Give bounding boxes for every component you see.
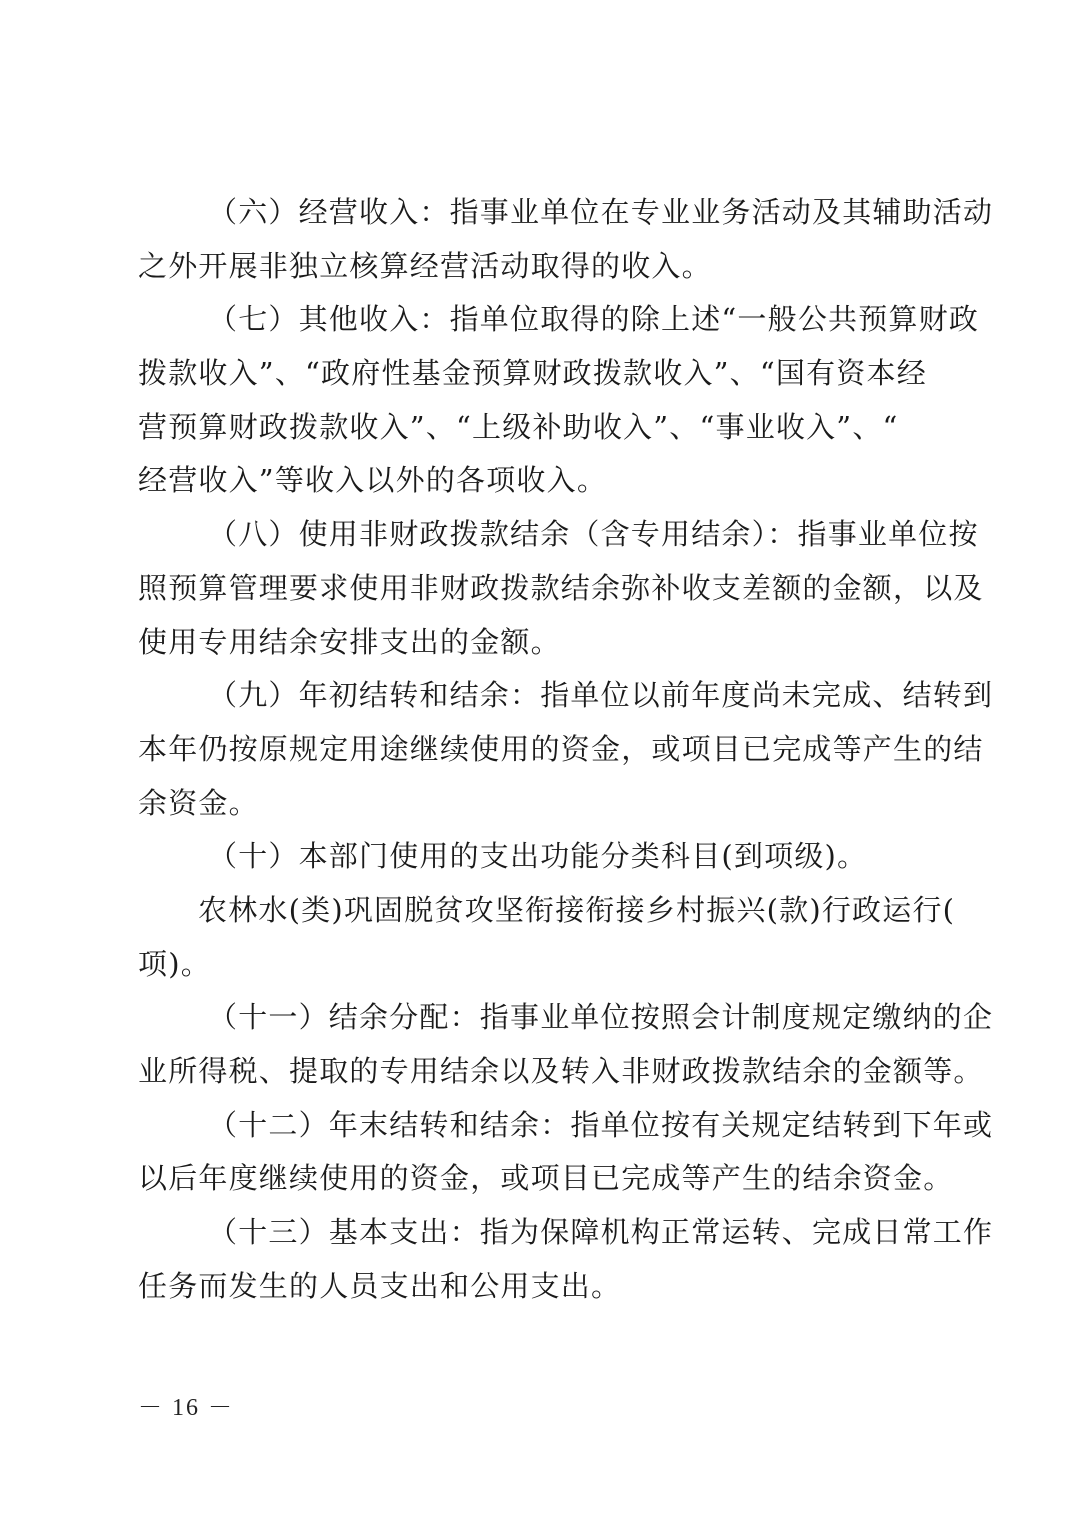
paragraph-year-end-carryover: （十二）年末结转和结余：指单位按有关规定结转到下年或 以后年度继续使用的资金，或…	[138, 1099, 938, 1206]
text-line: 农林水(类)巩固脱贫攻坚衔接衔接乡村振兴(款)行政运行(	[138, 884, 938, 938]
paragraph-other-income: （七）其他收入：指单位取得的除上述“一般公共预算财政 拨款收入”、“政府性基金预…	[138, 293, 938, 508]
text-line: （十一）结余分配：指事业单位按照会计制度规定缴纳的企	[138, 991, 938, 1045]
text-line: 项)。	[138, 938, 938, 992]
text-line: （九）年初结转和结余：指单位以前年度尚未完成、结转到	[138, 669, 938, 723]
paragraph-opening-carryover: （九）年初结转和结余：指单位以前年度尚未完成、结转到 本年仍按原规定用途继续使用…	[138, 669, 938, 830]
text-line: 余资金。	[138, 777, 938, 831]
page-number: － 16 －	[138, 1387, 234, 1422]
text-line: 使用专用结余安排支出的金额。	[138, 616, 938, 670]
paragraph-surplus-distribution: （十一）结余分配：指事业单位按照会计制度规定缴纳的企 业所得税、提取的专用结余以…	[138, 991, 938, 1098]
document-page: （六）经营收入：指事业单位在专业业务活动及其辅助活动 之外开展非独立核算经营活动…	[0, 0, 1074, 1520]
paragraph-expenditure-classification: （十）本部门使用的支出功能分类科目(到项级)。	[138, 830, 938, 884]
text-line: （十二）年末结转和结余：指单位按有关规定结转到下年或	[138, 1099, 938, 1153]
text-line: 任务而发生的人员支出和公用支出。	[138, 1260, 938, 1314]
paragraph-basic-expenditure: （十三）基本支出：指为保障机构正常运转、完成日常工作 任务而发生的人员支出和公用…	[138, 1206, 938, 1313]
paragraph-non-fiscal-surplus: （八）使用非财政拨款结余（含专用结余）：指事业单位按 照预算管理要求使用非财政拨…	[138, 508, 938, 669]
text-line: （十）本部门使用的支出功能分类科目(到项级)。	[138, 830, 938, 884]
text-line: 本年仍按原规定用途继续使用的资金，或项目已完成等产生的结	[138, 723, 938, 777]
text-line: 之外开展非独立核算经营活动取得的收入。	[138, 240, 938, 294]
text-line: 以后年度继续使用的资金，或项目已完成等产生的结余资金。	[138, 1152, 938, 1206]
text-line: 业所得税、提取的专用结余以及转入非财政拨款结余的金额等。	[138, 1045, 938, 1099]
document-body: （六）经营收入：指事业单位在专业业务活动及其辅助活动 之外开展非独立核算经营活动…	[138, 186, 938, 1313]
text-line: 经营收入”等收入以外的各项收入。	[138, 454, 938, 508]
text-line: （十三）基本支出：指为保障机构正常运转、完成日常工作	[138, 1206, 938, 1260]
text-line: （六）经营收入：指事业单位在专业业务活动及其辅助活动	[138, 186, 938, 240]
text-line: （八）使用非财政拨款结余（含专用结余）：指事业单位按	[138, 508, 938, 562]
paragraph-operating-income: （六）经营收入：指事业单位在专业业务活动及其辅助活动 之外开展非独立核算经营活动…	[138, 186, 938, 293]
paragraph-classification-item: 农林水(类)巩固脱贫攻坚衔接衔接乡村振兴(款)行政运行( 项)。	[138, 884, 938, 991]
text-line: 拨款收入”、“政府性基金预算财政拨款收入”、“国有资本经	[138, 347, 938, 401]
text-line: （七）其他收入：指单位取得的除上述“一般公共预算财政	[138, 293, 938, 347]
text-line: 营预算财政拨款收入”、“上级补助收入”、“事业收入”、“	[138, 401, 938, 455]
text-line: 照预算管理要求使用非财政拨款结余弥补收支差额的金额，以及	[138, 562, 938, 616]
